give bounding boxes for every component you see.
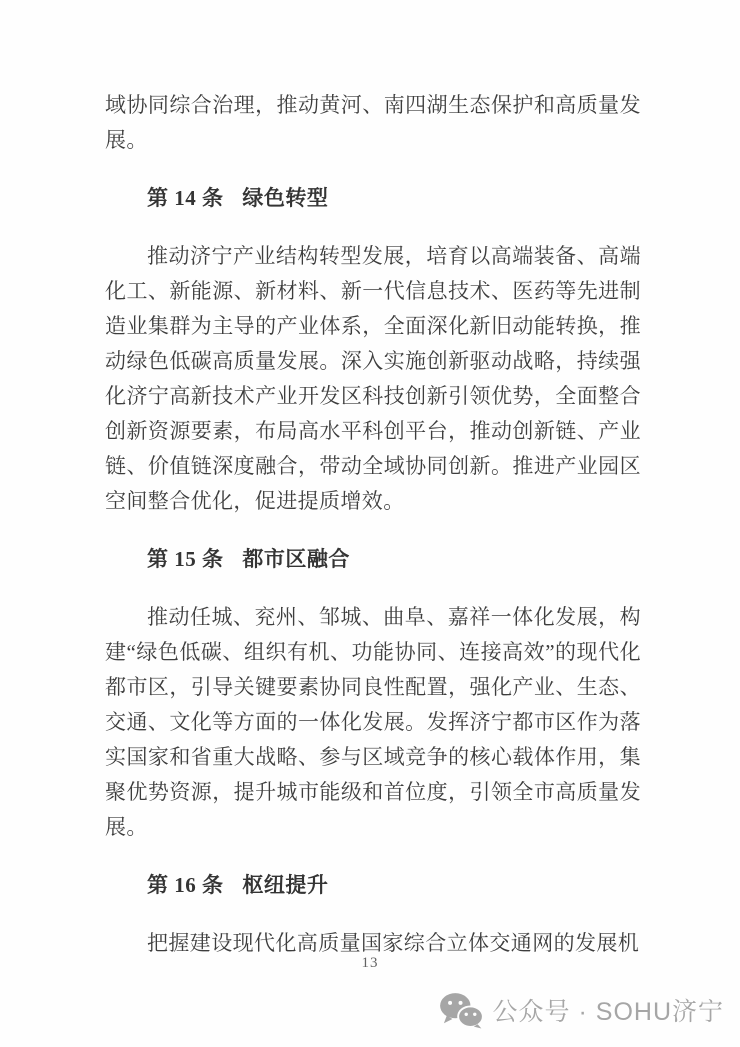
article-14-heading: 第 14 条绿色转型 bbox=[105, 181, 641, 216]
article-15-title: 都市区融合 bbox=[242, 547, 350, 571]
article-15-body: 推动任城、兖州、邹城、曲阜、嘉祥一体化发展，构建“绿色低碳、组织有机、功能协同、… bbox=[105, 600, 641, 845]
article-16-title: 枢纽提升 bbox=[242, 873, 328, 897]
paragraph-continuation: 域协同综合治理，推动黄河、南四湖生态保护和高质量发展。 bbox=[105, 88, 641, 158]
watermark-text: 公众号 · SOHU济宁 bbox=[493, 992, 724, 1028]
document-page: 域协同综合治理，推动黄河、南四湖生态保护和高质量发展。 第 14 条绿色转型 推… bbox=[0, 0, 740, 1047]
article-15-heading: 第 15 条都市区融合 bbox=[105, 542, 641, 577]
article-14-number: 第 14 条 bbox=[147, 186, 224, 210]
footer-watermark: 公众号 · SOHU济宁 bbox=[438, 991, 724, 1029]
article-14-title: 绿色转型 bbox=[242, 186, 328, 210]
wechat-icon bbox=[438, 991, 484, 1029]
article-16-heading: 第 16 条枢纽提升 bbox=[105, 868, 641, 903]
article-16-number: 第 16 条 bbox=[147, 873, 224, 897]
page-number: 13 bbox=[0, 955, 740, 972]
article-14-body: 推动济宁产业结构转型发展，培育以高端装备、高端化工、新能源、新材料、新一代信息技… bbox=[105, 239, 641, 519]
document-body: 域协同综合治理，推动黄河、南四湖生态保护和高质量发展。 第 14 条绿色转型 推… bbox=[105, 88, 641, 961]
article-15-number: 第 15 条 bbox=[147, 547, 224, 571]
